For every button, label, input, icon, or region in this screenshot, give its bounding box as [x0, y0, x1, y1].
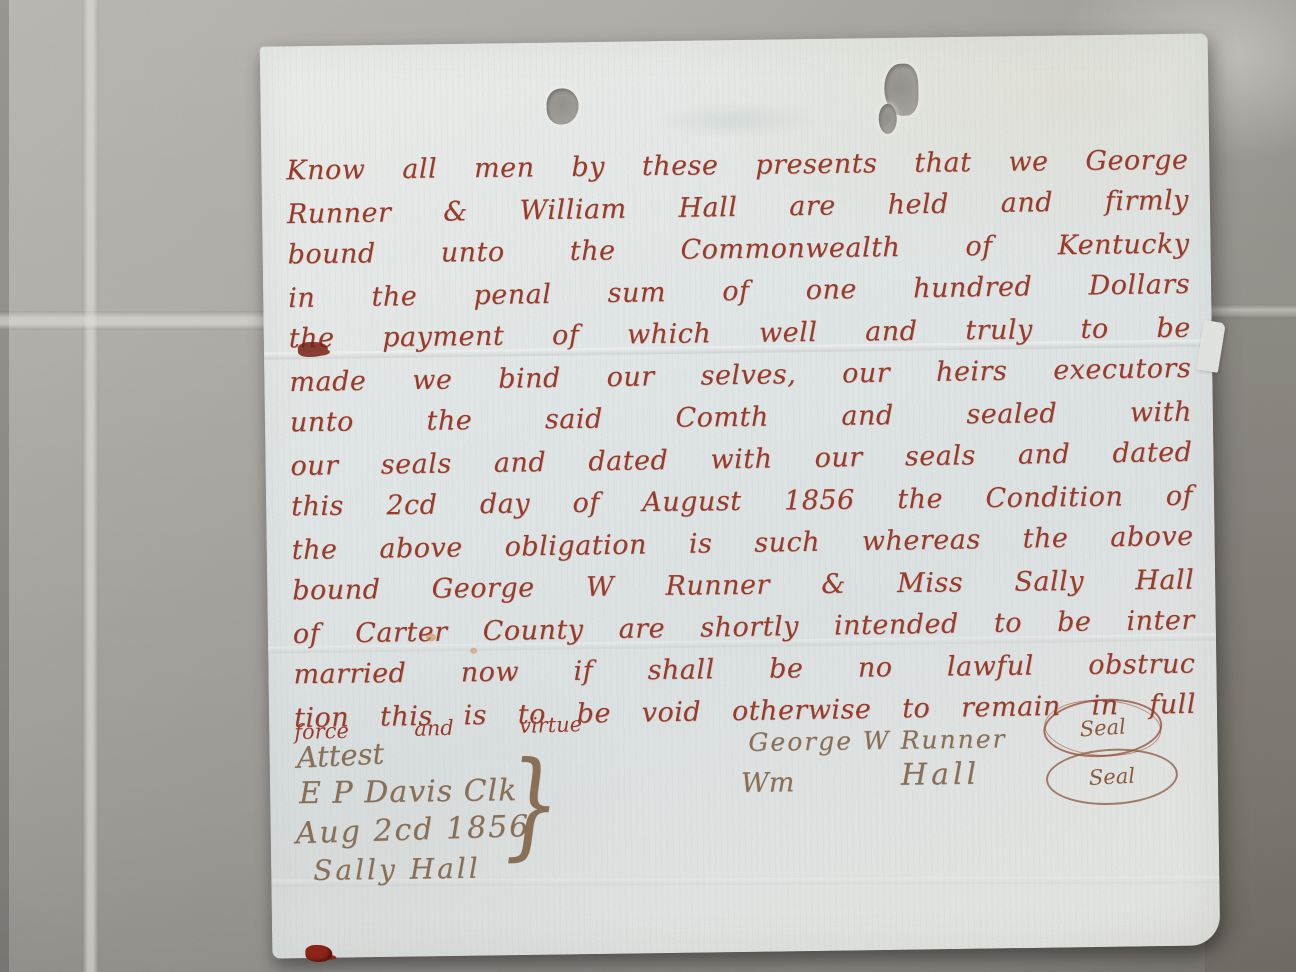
attest-label: Attest	[296, 736, 385, 774]
surface-left-edge	[0, 0, 9, 972]
punch-hole-left	[546, 88, 578, 124]
surface-seam-horizontal-left	[0, 311, 272, 330]
signature-wm: Wm	[741, 767, 795, 799]
document-paper: Know all men by these presents that we G…	[260, 33, 1221, 958]
rust-stain	[470, 648, 477, 654]
seal-label: Seal	[1088, 764, 1135, 790]
filing-date: Aug 2cd 1856	[295, 809, 531, 851]
signature-hall: Hall	[901, 757, 981, 793]
handwritten-body: Know all men by these presents that we G…	[286, 144, 1196, 745]
signature-george-runner: George W Runner	[748, 724, 1006, 757]
surface-seam-vertical	[82, 0, 99, 972]
witness-signature: Sally Hall	[313, 852, 481, 887]
wax-stain	[305, 945, 332, 962]
ink-showthrough-smudge	[640, 99, 831, 142]
photograph-of-document: Know all men by these presents that we G…	[0, 0, 1296, 972]
punch-hole-right-tear	[879, 104, 897, 134]
clerk-signature: E P Davis Clk	[299, 773, 518, 811]
clerk-brace: }	[503, 747, 560, 864]
seal-mark-hall: Seal	[1045, 746, 1180, 808]
